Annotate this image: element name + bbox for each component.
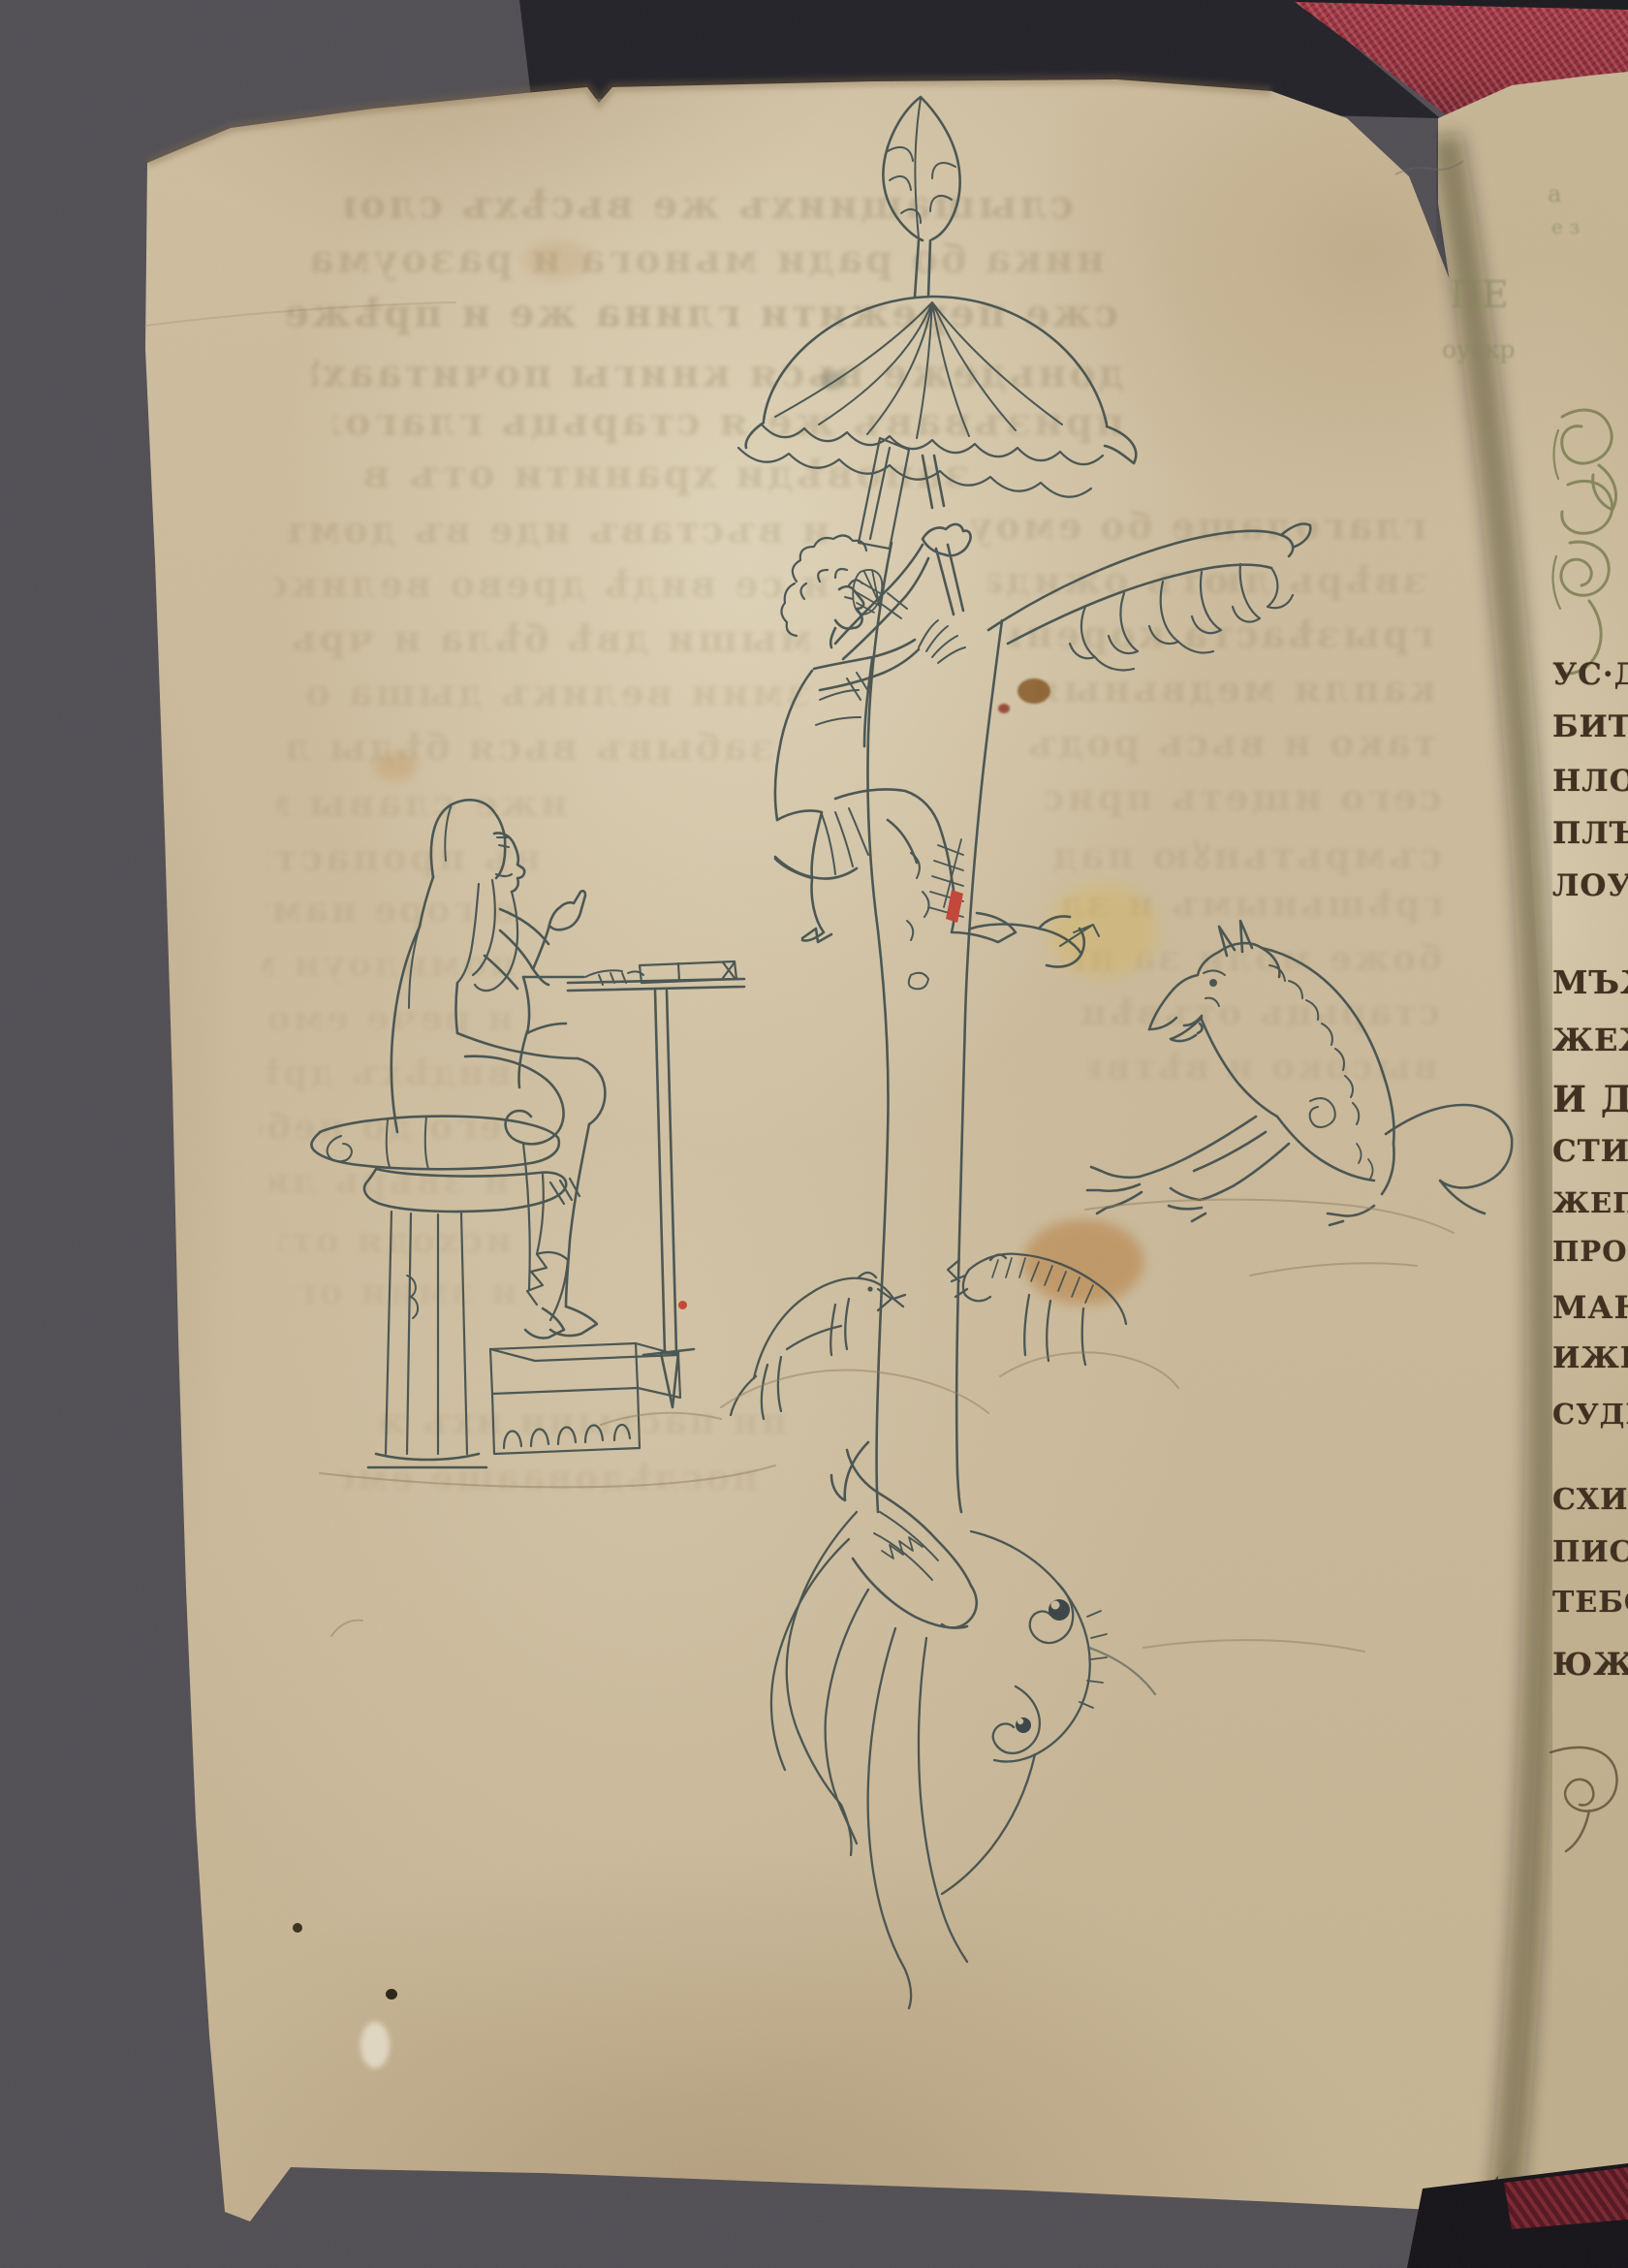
manuscript-text-line: МАН·Д: [1552, 1289, 1628, 1326]
manuscript-text-line: БИТѢТ: [1552, 709, 1628, 744]
faded-heading-text: а: [1548, 180, 1561, 207]
manuscript-text-line: ПЛЪТИ: [1552, 816, 1628, 851]
manuscript-text-line: ЛОУЦ: [1552, 868, 1628, 903]
manuscript-text-line: ЮЖЕН: [1552, 1646, 1628, 1683]
manuscript-text-line: НЛОБ: [1552, 764, 1628, 799]
manuscript-text-line: СТИНЬ: [1552, 1134, 1628, 1169]
facing-page-text: УС·ДАБИТѢТНЛОБПЛЪТИЛОУЦМЪЖЖЕЖЕИ ДМСТИНЬЖ…: [0, 0, 1628, 2268]
manuscript-text-line: МЪЖ: [1552, 963, 1628, 1001]
faded-heading-text: оускр: [1442, 335, 1515, 363]
manuscript-text-line: УС·ДА: [1552, 657, 1628, 692]
manuscript-text-line: ЖЕЖЕ: [1552, 1022, 1628, 1058]
manuscript-text-line: ПИСЛА: [1552, 1535, 1628, 1569]
manuscript-text-line: И ДМ: [1552, 1078, 1628, 1120]
manuscript-text-line: ИЖЕДА: [1552, 1341, 1628, 1375]
manuscript-text-line: ПРОСЛА: [1552, 1235, 1628, 1268]
manuscript-photo: слышащиихъ же вьсѣхъ словеса синика бо р…: [0, 0, 1628, 2268]
manuscript-text-line: ЖЕПОСЛ: [1552, 1186, 1628, 1219]
faded-heading-text: ПЕ: [1450, 273, 1509, 316]
manuscript-text-line: ТЕБСЛ: [1552, 1586, 1628, 1620]
manuscript-text-line: СУДИН: [1552, 1398, 1628, 1431]
manuscript-text-line: СХИНН: [1552, 1483, 1628, 1517]
faded-heading-text: е з: [1551, 215, 1580, 238]
